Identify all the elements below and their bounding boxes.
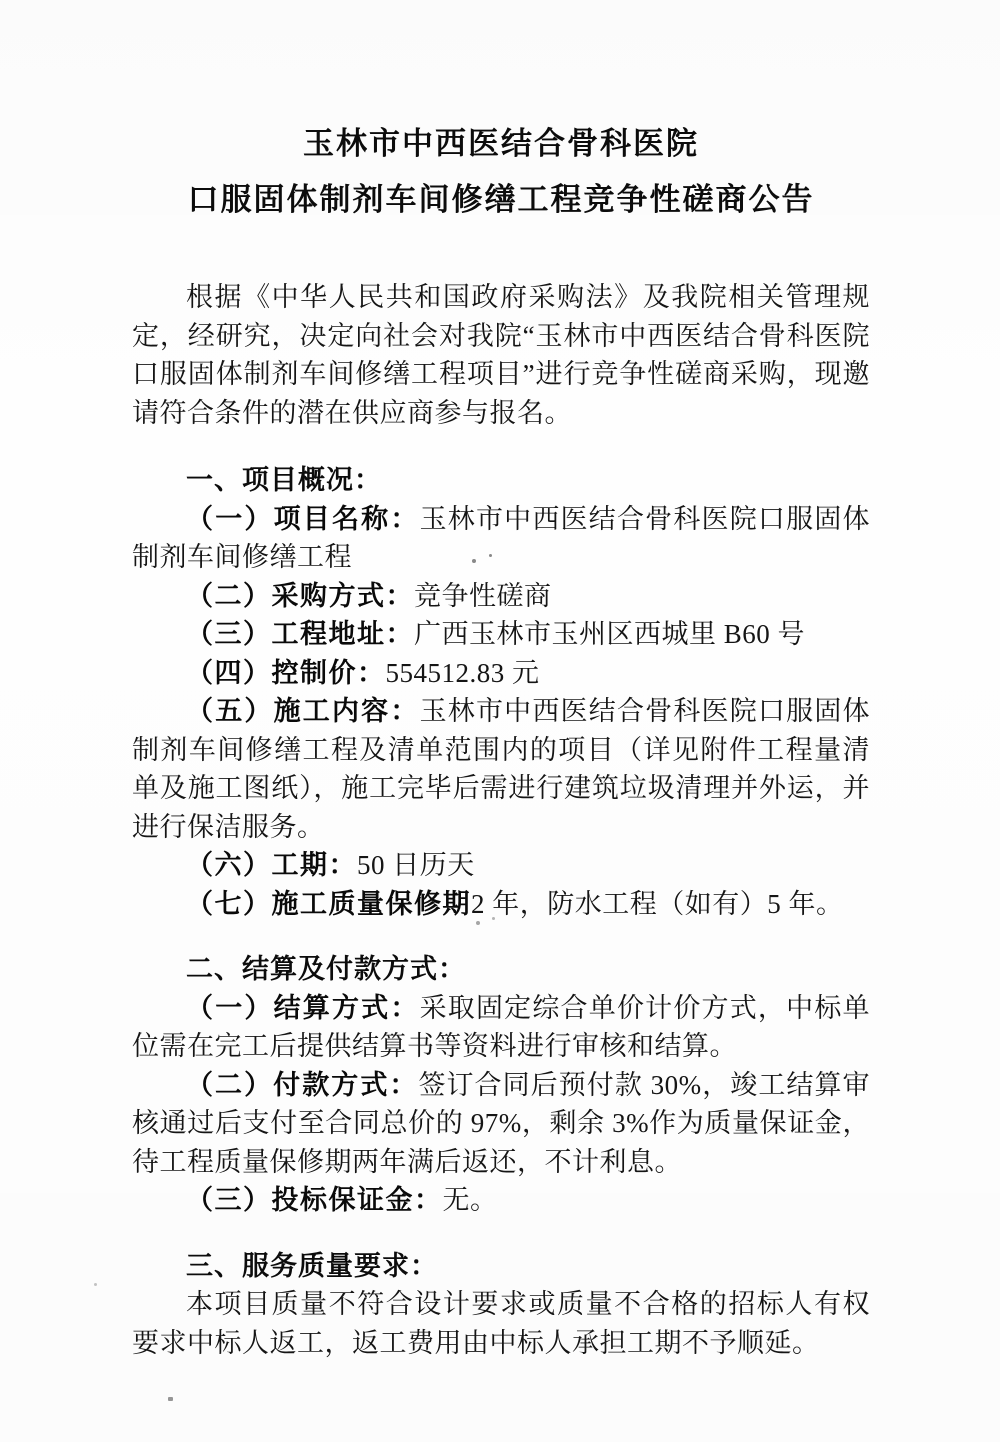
item-text: 554512.83 元 (386, 658, 540, 688)
item-text: 广西玉林市玉州区西城里 B60 号 (414, 619, 805, 649)
doc-title-line1: 玉林市中西医结合骨科医院 (132, 118, 870, 170)
section1-item-1: （一）项目名称：玉林市中西医结合骨科医院口服固体制剂车间修缮工程 (132, 500, 870, 577)
item-text: 2 年，防水工程（如有）5 年。 (471, 889, 844, 919)
item-text: 50 日历天 (357, 850, 475, 880)
item-label: （二）付款方式： (186, 1070, 418, 1100)
intro-paragraph: 根据《中华人民共和国政府采购法》及我院相关管理规定，经研究，决定向社会对我院“玉… (132, 278, 870, 432)
section1-heading: 一、项目概况： (132, 461, 870, 500)
section2-item-2: （二）付款方式：签订合同后预付款 30%，竣工结算审核通过后支付至合同总价的 9… (132, 1066, 870, 1182)
scan-artifact-dot (94, 1283, 97, 1286)
scan-artifact-dot (476, 921, 480, 925)
item-label: （二）采购方式： (186, 581, 414, 611)
section1-item-7: （七）施工质量保修期2 年，防水工程（如有）5 年。 (132, 885, 870, 924)
section2-heading: 二、结算及付款方式： (132, 950, 870, 989)
item-label: （五）施工内容： (186, 696, 420, 726)
item-label: （三）投标保证金： (186, 1185, 443, 1215)
section1-item-5: （五）施工内容：玉林市中西医结合骨科医院口服固体制剂车间修缮工程及清单范围内的项… (132, 692, 870, 846)
item-text: 竞争性磋商 (414, 581, 552, 611)
item-text: 无。 (443, 1185, 498, 1215)
section2-item-3: （三）投标保证金：无。 (132, 1181, 870, 1220)
scan-artifact-dot (492, 917, 495, 920)
section3-paragraph: 本项目质量不符合设计要求或质量不合格的招标人有权要求中标人返工，返工费用由中标人… (132, 1285, 870, 1362)
scan-artifact-dot (472, 559, 476, 563)
document-body: 根据《中华人民共和国政府采购法》及我院相关管理规定，经研究，决定向社会对我院“玉… (132, 278, 870, 1362)
item-label: （七）施工质量保修期 (186, 889, 471, 919)
scan-artifact-dot (168, 1397, 173, 1401)
section1-item-2: （二）采购方式：竞争性磋商 (132, 577, 870, 616)
item-label: （三）工程地址： (186, 619, 414, 649)
scan-artifact-dot (489, 554, 492, 557)
item-label: （一）项目名称： (186, 504, 420, 534)
section1-item-6: （六）工期：50 日历天 (132, 846, 870, 885)
item-label: （四）控制价： (186, 658, 386, 688)
section1-item-3: （三）工程地址：广西玉林市玉州区西城里 B60 号 (132, 615, 870, 654)
section2-item-1: （一）结算方式：采取固定综合单价计价方式，中标单位需在完工后提供结算书等资料进行… (132, 989, 870, 1066)
section3-heading: 三、服务质量要求： (132, 1247, 870, 1286)
scanned-document-page: 玉林市中西医结合骨科医院 口服固体制剂车间修缮工程竞争性磋商公告 根据《中华人民… (0, 0, 1000, 1442)
item-label: （六）工期： (186, 850, 357, 880)
section1-item-4: （四）控制价：554512.83 元 (132, 654, 870, 693)
item-label: （一）结算方式： (186, 993, 420, 1023)
doc-title-line2: 口服固体制剂车间修缮工程竞争性磋商公告 (132, 174, 870, 226)
